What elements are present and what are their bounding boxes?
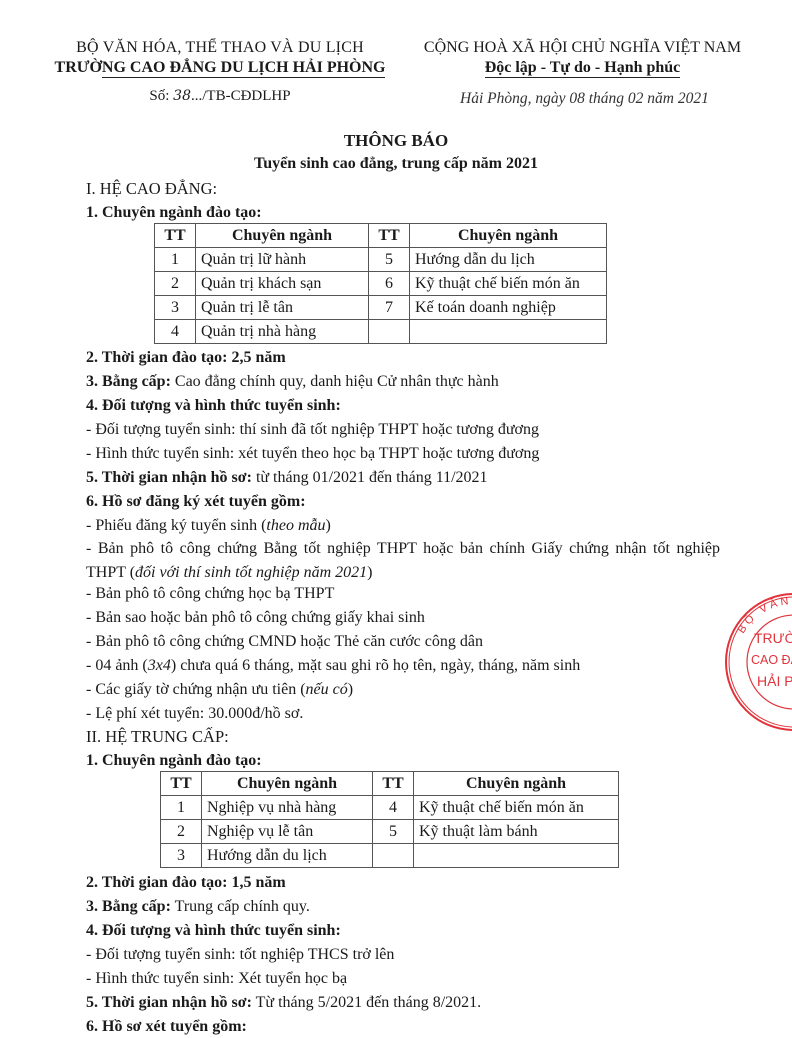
doc-item: - Phiếu đăng ký tuyển sinh (theo mẫu) <box>86 516 331 536</box>
college-majors-table: TT Chuyên ngành TT Chuyên ngành 1 Quản t… <box>154 223 607 344</box>
table-cell: 2 <box>155 272 196 296</box>
doc-item: - Các giấy tờ chứng nhận ưu tiên (nếu có… <box>86 680 353 700</box>
intermediate-target-1: - Đối tượng tuyển sinh: tốt nghiệp THCS … <box>86 945 394 965</box>
college-docs-heading: 6. Hồ sơ đăng ký xét tuyển gồm: <box>86 492 306 512</box>
doc-item-text: - 04 ảnh ( <box>86 657 148 674</box>
doc-item-text: - Các giấy tờ chứng nhận ưu tiên ( <box>86 681 306 698</box>
table-cell: 4 <box>155 320 196 344</box>
table-cell: 5 <box>373 820 414 844</box>
issuer-block: BỘ VĂN HÓA, THỂ THAO VÀ DU LỊCH TRƯỜNG C… <box>40 38 400 106</box>
intermediate-duration: 2. Thời gian đào tạo: 1,5 năm <box>86 873 286 893</box>
degree-label: 3. Bằng cấp: <box>86 373 171 390</box>
official-seal-icon: BỘ VĂN HOÁ THỂ TRƯỜ CAO ĐẲNG HẢI PH <box>724 592 792 732</box>
table-row: 3 Hướng dẫn du lịch <box>161 844 619 868</box>
intermediate-target-heading: 4. Đối tượng và hình thức tuyển sinh: <box>86 921 341 941</box>
table-cell <box>369 320 410 344</box>
table-cell: 1 <box>161 796 202 820</box>
doc-no-handwritten: 38 <box>173 88 191 104</box>
table-cell <box>373 844 414 868</box>
receive-value: Từ tháng 5/2021 đến tháng 8/2021. <box>252 994 481 1011</box>
table-row: 3 Quản trị lễ tân 7 Kế toán doanh nghiệp <box>155 296 607 320</box>
table-header: TT <box>373 772 414 796</box>
table-cell <box>414 844 619 868</box>
seal-line-1: TRƯỜ <box>754 630 792 646</box>
table-cell: Quản trị khách sạn <box>196 272 369 296</box>
degree-value: Trung cấp chính quy. <box>171 898 310 915</box>
doc-item: - Bản sao hoặc bản phô tô công chứng giấ… <box>86 608 425 628</box>
intermediate-target-2: - Hình thức tuyển sinh: Xét tuyển học bạ <box>86 969 347 989</box>
table-row: 1 Quản trị lữ hành 5 Hướng dẫn du lịch <box>155 248 607 272</box>
table-cell: 2 <box>161 820 202 844</box>
college-duration: 2. Thời gian đào tạo: 2,5 năm <box>86 348 286 368</box>
intermediate-degree: 3. Bằng cấp: Trung cấp chính quy. <box>86 897 310 917</box>
doc-no-label: Số: <box>149 88 173 104</box>
table-cell: Kỹ thuật chế biến món ăn <box>410 272 607 296</box>
intermediate-receive-period: 5. Thời gian nhận hồ sơ: Từ tháng 5/2021… <box>86 993 481 1013</box>
school-name-prefix: TRƯỜ <box>55 59 102 76</box>
doc-item: - Bản phô tô công chứng CMND hoặc Thẻ că… <box>86 632 483 652</box>
school-name-rest: NG CAO ĐẲNG DU LỊCH HẢI PHÒNG <box>102 59 386 78</box>
school-name: TRƯỜNG CAO ĐẲNG DU LỊCH HẢI PHÒNG <box>40 58 400 78</box>
college-majors-heading: 1. Chuyên ngành đào tạo: <box>86 203 262 223</box>
college-target-2: - Hình thức tuyển sinh: xét tuyển theo h… <box>86 444 539 464</box>
doc-item-text: ) chưa quá 6 tháng, mặt sau ghi rõ họ tê… <box>171 657 580 674</box>
doc-item-note: theo mẫu <box>266 517 325 534</box>
table-cell: 5 <box>369 248 410 272</box>
table-cell: Quản trị lữ hành <box>196 248 369 272</box>
seal-line-2: CAO ĐẲNG <box>751 652 792 667</box>
table-cell: 3 <box>161 844 202 868</box>
republic-name: CỘNG HOÀ XÃ HỘI CHỦ NGHĨA VIỆT NAM <box>400 38 765 58</box>
table-cell: 6 <box>369 272 410 296</box>
table-cell: Quản trị lễ tân <box>196 296 369 320</box>
table-cell: Kỹ thuật làm bánh <box>414 820 619 844</box>
doc-item: - 04 ảnh (3x4) chưa quá 6 tháng, mặt sau… <box>86 656 580 676</box>
doc-item-text: ) <box>348 681 353 698</box>
table-cell: 7 <box>369 296 410 320</box>
table-header-row: TT Chuyên ngành TT Chuyên ngành <box>155 224 607 248</box>
degree-value: Cao đẳng chính quy, danh hiệu Cử nhân th… <box>171 373 499 390</box>
national-header: CỘNG HOÀ XÃ HỘI CHỦ NGHĨA VIỆT NAM Độc l… <box>400 38 765 78</box>
table-header: TT <box>161 772 202 796</box>
doc-no-suffix: .../TB-CĐDLHP <box>191 88 291 104</box>
table-header: Chuyên ngành <box>202 772 373 796</box>
table-header: Chuyên ngành <box>410 224 607 248</box>
table-cell: Kỹ thuật chế biến món ăn <box>414 796 619 820</box>
doc-item-text: ) <box>326 517 331 534</box>
table-cell: Nghiệp vụ lễ tân <box>202 820 373 844</box>
table-cell: Kế toán doanh nghiệp <box>410 296 607 320</box>
table-header-row: TT Chuyên ngành TT Chuyên ngành <box>161 772 619 796</box>
college-target-1: - Đối tượng tuyển sinh: thí sinh đã tốt … <box>86 420 539 440</box>
college-target-heading: 4. Đối tượng và hình thức tuyển sinh: <box>86 396 341 416</box>
document-subtitle: Tuyển sinh cao đẳng, trung cấp năm 2021 <box>0 155 792 173</box>
document-number: Số: 38.../TB-CĐDLHP <box>40 86 400 106</box>
seal-line-3: HẢI PH <box>757 673 792 689</box>
ministry-name: BỘ VĂN HÓA, THỂ THAO VÀ DU LỊCH <box>40 38 400 58</box>
intermediate-docs-heading: 6. Hồ sơ xét tuyển gồm: <box>86 1017 247 1037</box>
table-header: TT <box>155 224 196 248</box>
table-row: 2 Quản trị khách sạn 6 Kỹ thuật chế biến… <box>155 272 607 296</box>
doc-item: - Lệ phí xét tuyển: 30.000đ/hồ sơ. <box>86 704 303 724</box>
college-heading: I. HỆ CAO ĐẲNG: <box>86 179 217 199</box>
college-receive-period: 5. Thời gian nhận hồ sơ: từ tháng 01/202… <box>86 468 488 488</box>
table-cell: 4 <box>373 796 414 820</box>
table-cell: Hướng dẫn du lịch <box>202 844 373 868</box>
doc-item-text: - Phiếu đăng ký tuyển sinh ( <box>86 517 266 534</box>
doc-item-note: đối với thí sinh tốt nghiệp năm 2021 <box>135 564 367 581</box>
table-cell: Hướng dẫn du lịch <box>410 248 607 272</box>
table-row: 1 Nghiệp vụ nhà hàng 4 Kỹ thuật chế biến… <box>161 796 619 820</box>
table-header: Chuyên ngành <box>196 224 369 248</box>
doc-item-note: 3x4 <box>148 657 171 674</box>
table-cell: Quản trị nhà hàng <box>196 320 369 344</box>
table-row: 2 Nghiệp vụ lễ tân 5 Kỹ thuật làm bánh <box>161 820 619 844</box>
table-header: Chuyên ngành <box>414 772 619 796</box>
doc-item: - Bản phô tô công chứng học bạ THPT <box>86 584 334 604</box>
issue-date: Hải Phòng, ngày 08 tháng 02 năm 2021 <box>460 90 709 108</box>
doc-item: - Bản phô tô công chứng Bằng tốt nghiệp … <box>86 537 720 585</box>
table-cell: 3 <box>155 296 196 320</box>
receive-value: từ tháng 01/2021 đến tháng 11/2021 <box>252 469 488 486</box>
table-header: TT <box>369 224 410 248</box>
table-row: 4 Quản trị nhà hàng <box>155 320 607 344</box>
doc-item-note: nếu có <box>306 681 348 698</box>
table-cell: Nghiệp vụ nhà hàng <box>202 796 373 820</box>
intermediate-majors-heading: 1. Chuyên ngành đào tạo: <box>86 751 262 771</box>
receive-label: 5. Thời gian nhận hồ sơ: <box>86 994 252 1011</box>
document-title: THÔNG BÁO <box>0 131 792 151</box>
intermediate-majors-table: TT Chuyên ngành TT Chuyên ngành 1 Nghiệp… <box>160 771 619 868</box>
college-degree: 3. Bằng cấp: Cao đẳng chính quy, danh hi… <box>86 372 499 392</box>
intermediate-heading: II. HỆ TRUNG CẤP: <box>86 727 229 747</box>
table-cell: 1 <box>155 248 196 272</box>
degree-label: 3. Bằng cấp: <box>86 898 171 915</box>
doc-item-text: ) <box>367 564 372 581</box>
receive-label: 5. Thời gian nhận hồ sơ: <box>86 469 252 486</box>
national-motto: Độc lập - Tự do - Hạnh phúc <box>485 58 681 78</box>
table-cell <box>410 320 607 344</box>
